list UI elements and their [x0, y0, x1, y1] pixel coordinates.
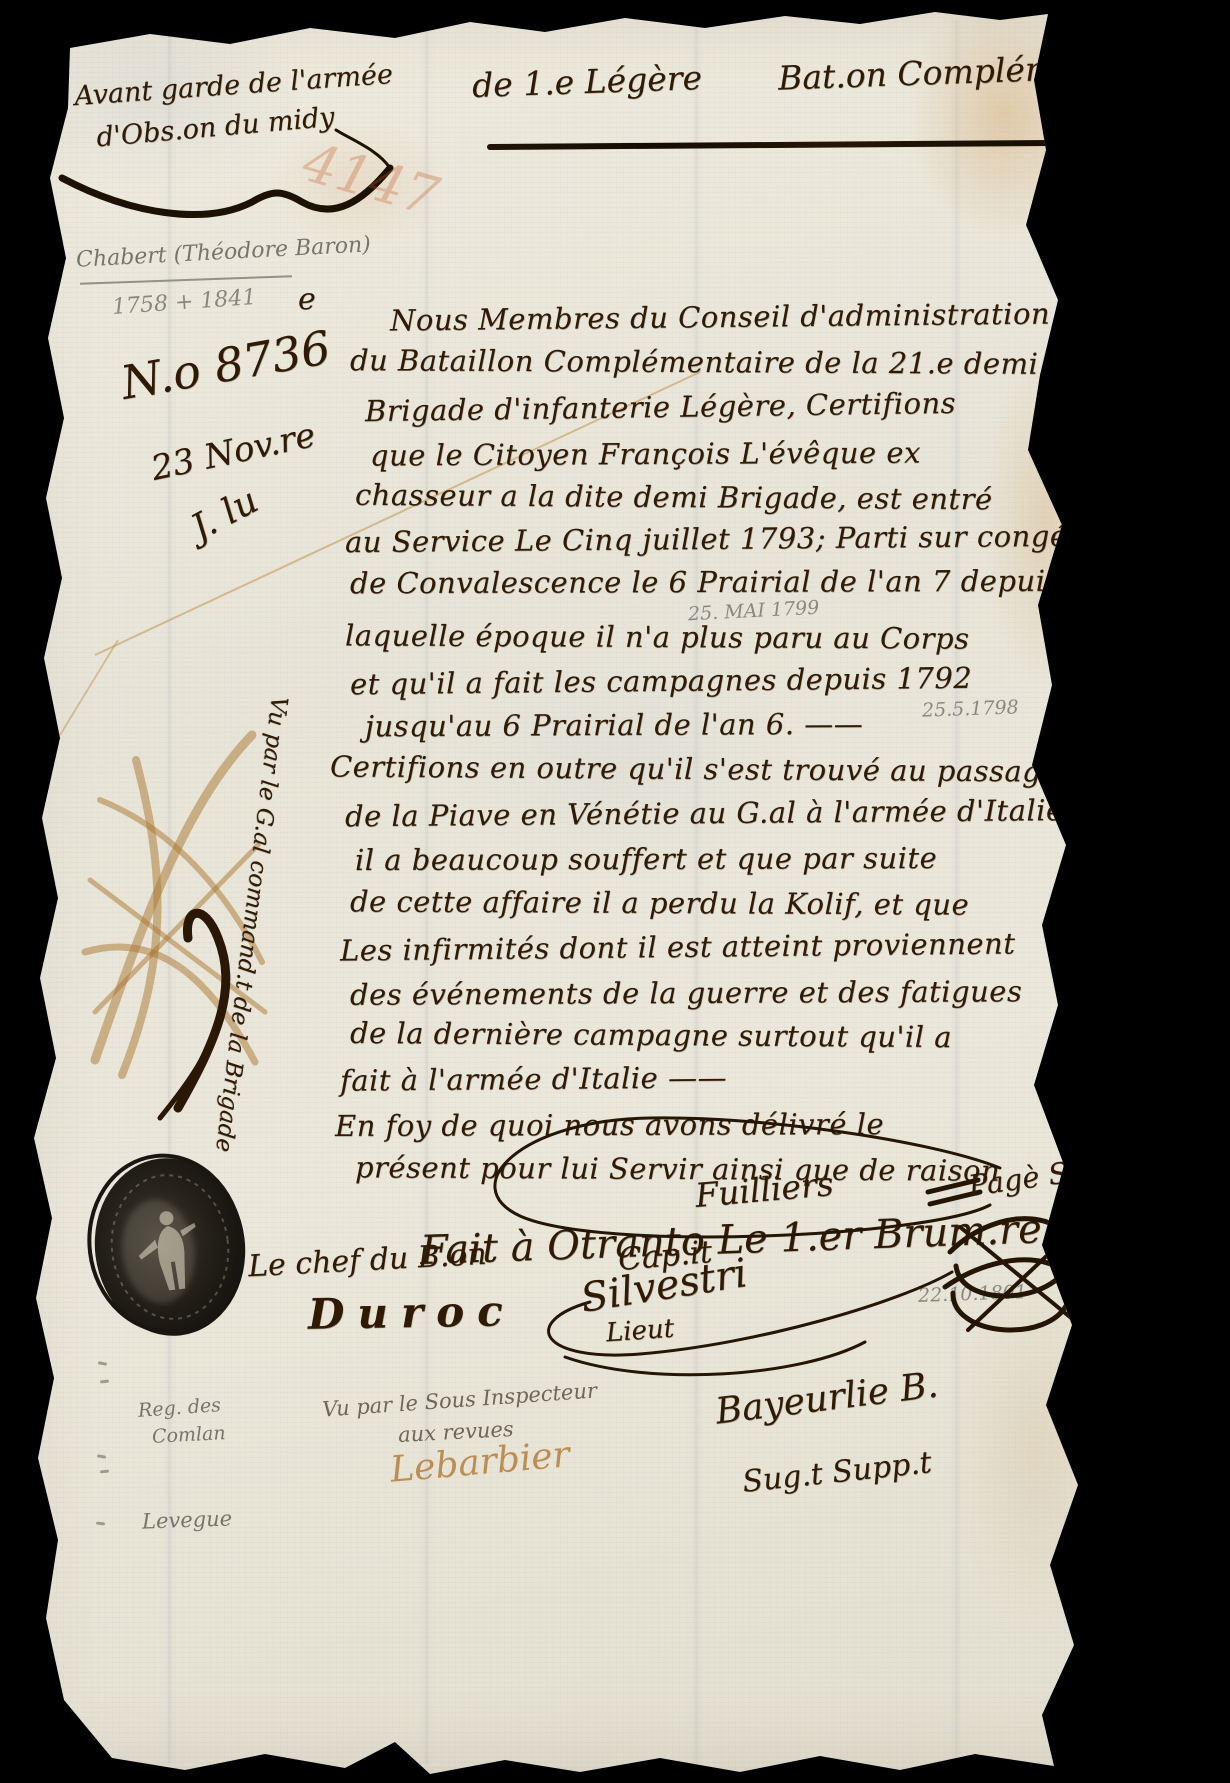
bottom-note-line2: Comlan [151, 1422, 226, 1448]
paper-sheet: Avant garde de l'armée d'Obs.on du midy … [0, 0, 1230, 1783]
signature-lieutenant-rank: Lieut [605, 1314, 675, 1349]
signature-chief: Duroc [308, 1286, 517, 1339]
document-scan: Avant garde de l'armée d'Obs.on du midy … [0, 0, 1230, 1783]
dateline-year: an 10 [1054, 1202, 1169, 1252]
paper-wrap: Avant garde de l'armée d'Obs.on du midy … [0, 0, 1230, 1783]
bottom-note-line3: Levegue [142, 1506, 233, 1533]
